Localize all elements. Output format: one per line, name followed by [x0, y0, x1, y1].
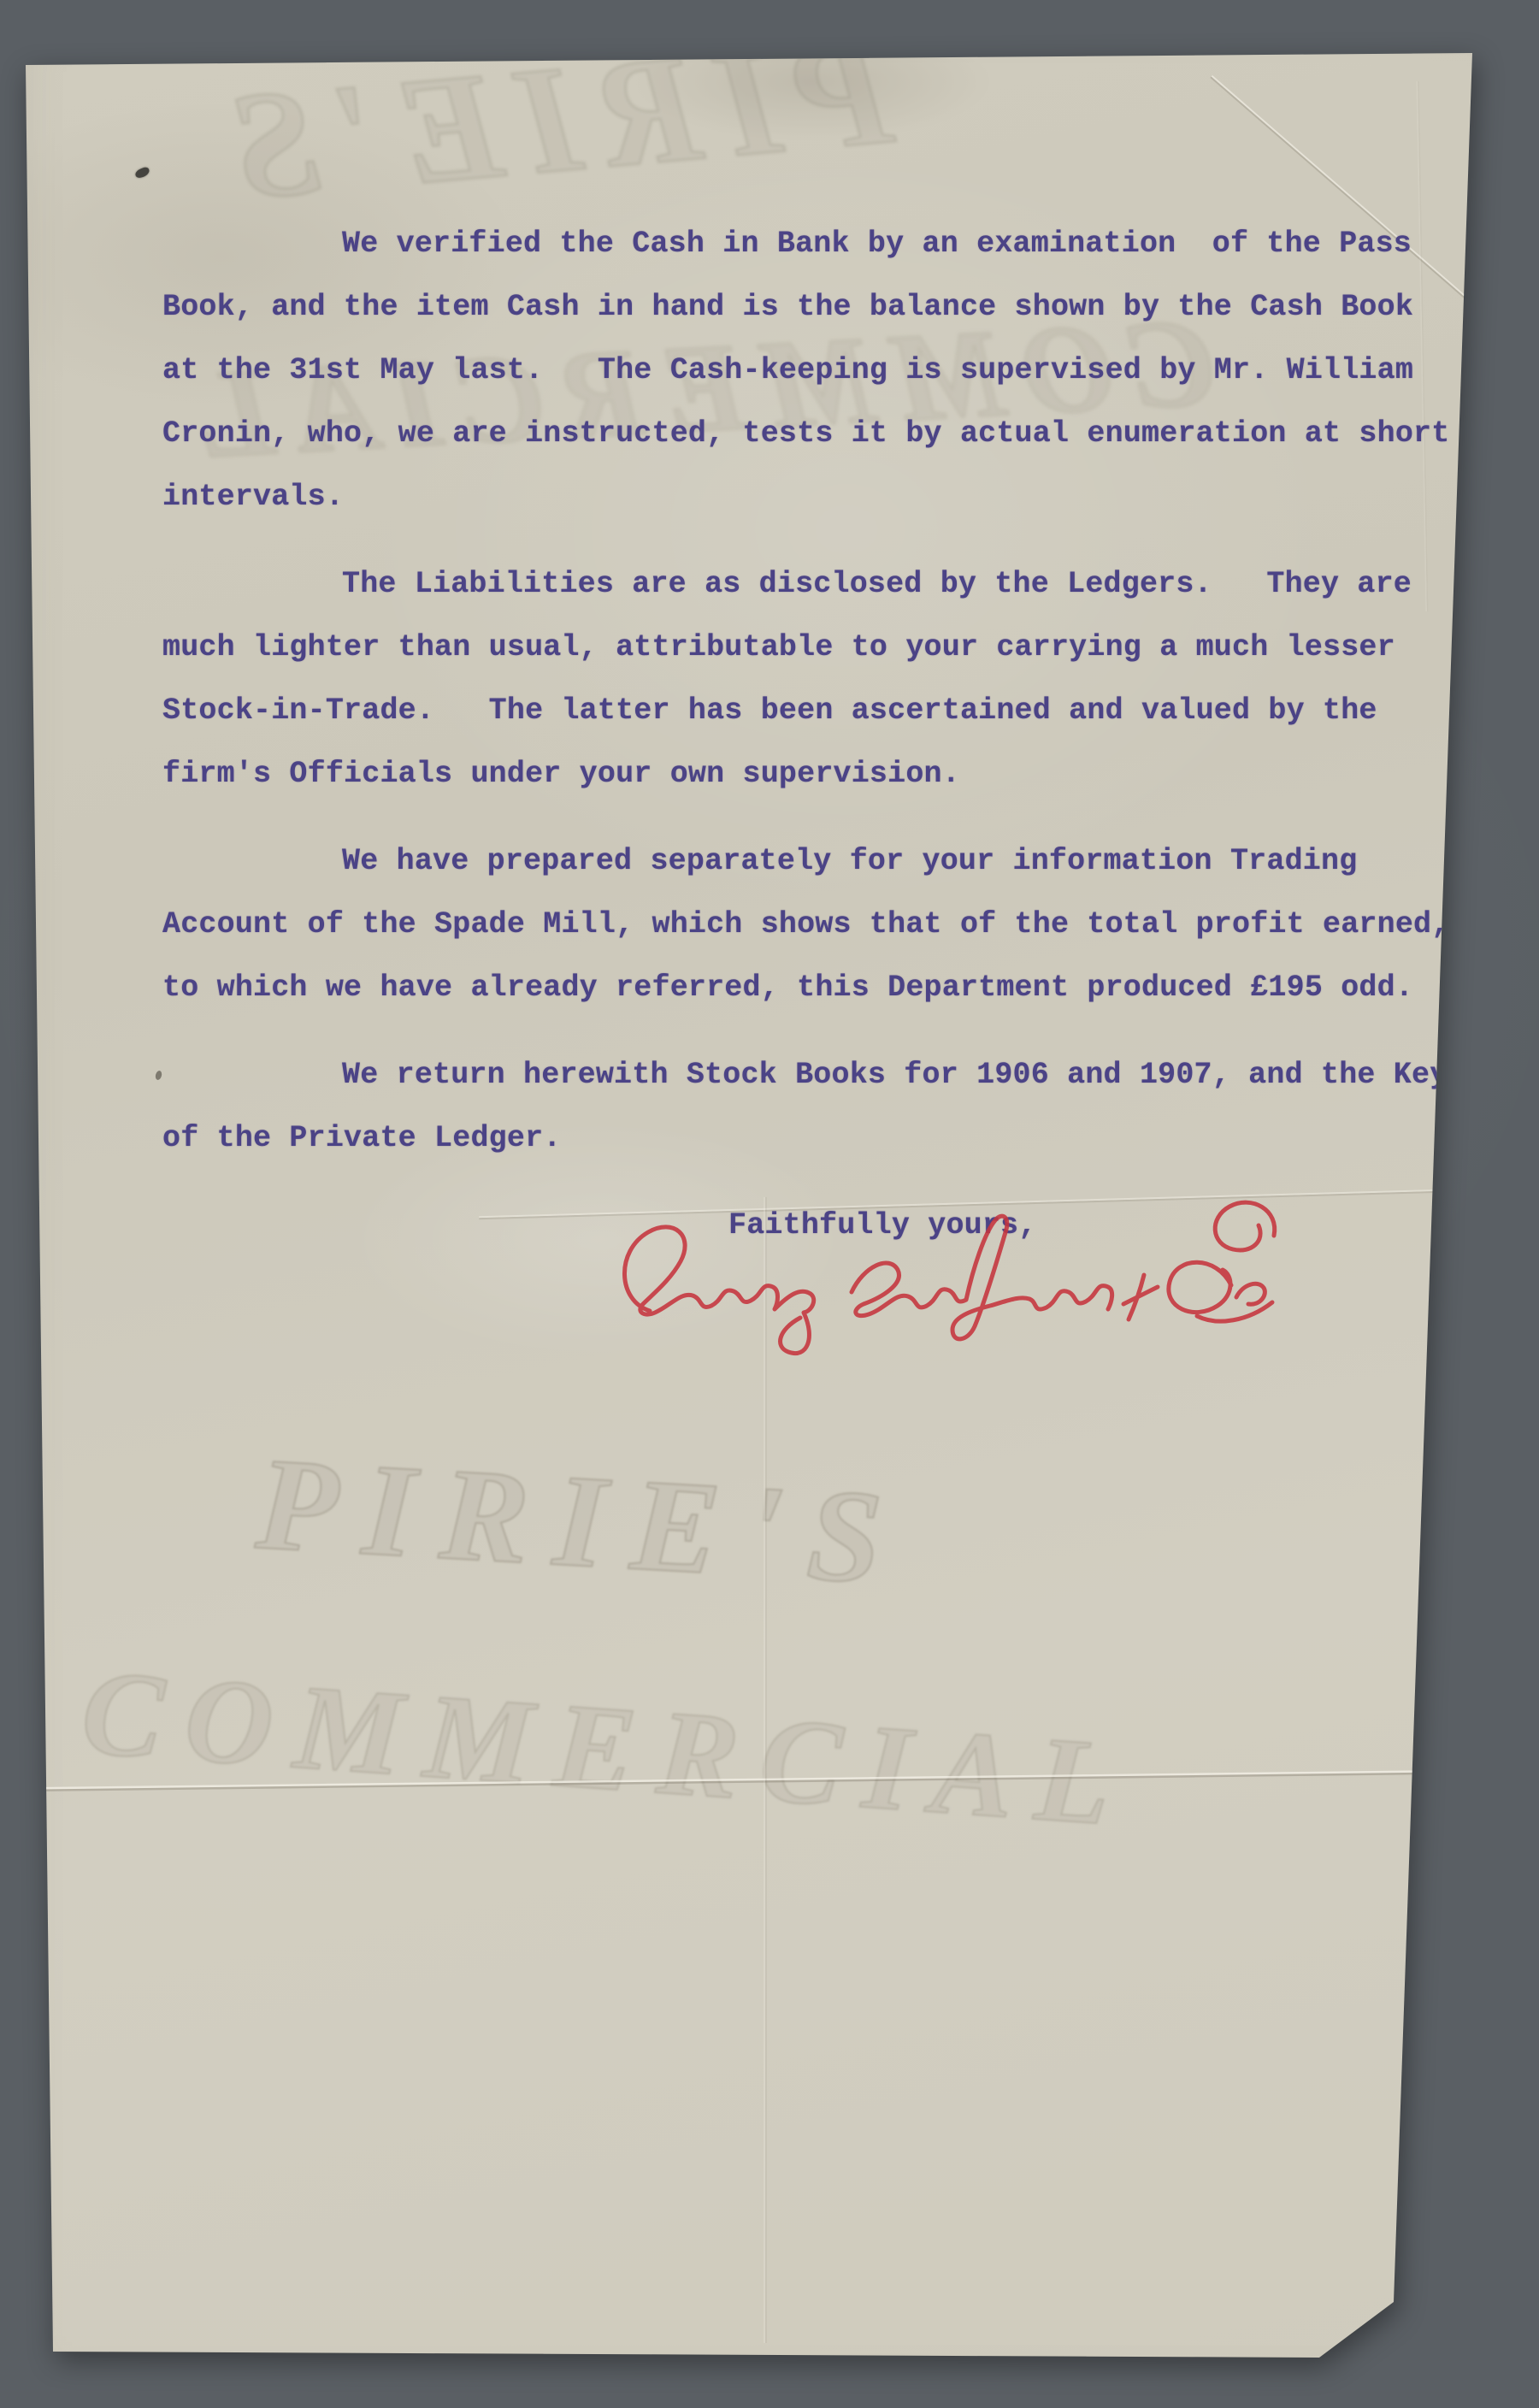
- ink-speck: [134, 166, 151, 180]
- letter-paragraph: We verified the Cash in Bank by an exami…: [162, 212, 1462, 528]
- paper-wrapper: PIRIE'S COMMERCIAL PIRIE'S COMMERCIAL We…: [0, 0, 1539, 2408]
- signature-stroke-craig: [624, 1227, 813, 1354]
- crease-vertical-fold: [764, 1197, 767, 2343]
- letter-paragraph: The Liabilities are as disclosed by the …: [162, 552, 1462, 806]
- crease-lower-fold: [38, 1770, 1441, 1791]
- signature-stroke-gardner: [852, 1216, 1112, 1339]
- letter-paragraph: We have prepared separately for your inf…: [162, 829, 1462, 1019]
- watermark-commercial: COMMERCIAL: [78, 1641, 1137, 1854]
- letter-paragraph: We return herewith Stock Books for 1906 …: [162, 1043, 1462, 1170]
- paper-fleck: [155, 1070, 163, 1080]
- signature-script: [598, 1191, 1317, 1362]
- watermark-pirie: PIRIE'S: [253, 1427, 911, 1616]
- signature-stroke-co: [1169, 1202, 1275, 1321]
- paper-sheet: PIRIE'S COMMERCIAL PIRIE'S COMMERCIAL We…: [0, 0, 1539, 2408]
- letter-body: We verified the Cash in Bank by an exami…: [162, 212, 1462, 1257]
- photo-mat: PIRIE'S COMMERCIAL PIRIE'S COMMERCIAL We…: [0, 0, 1539, 2408]
- signature-stroke-ampersand: [1123, 1275, 1158, 1319]
- ghost-impression-top: PIRIE'S: [207, 2, 899, 237]
